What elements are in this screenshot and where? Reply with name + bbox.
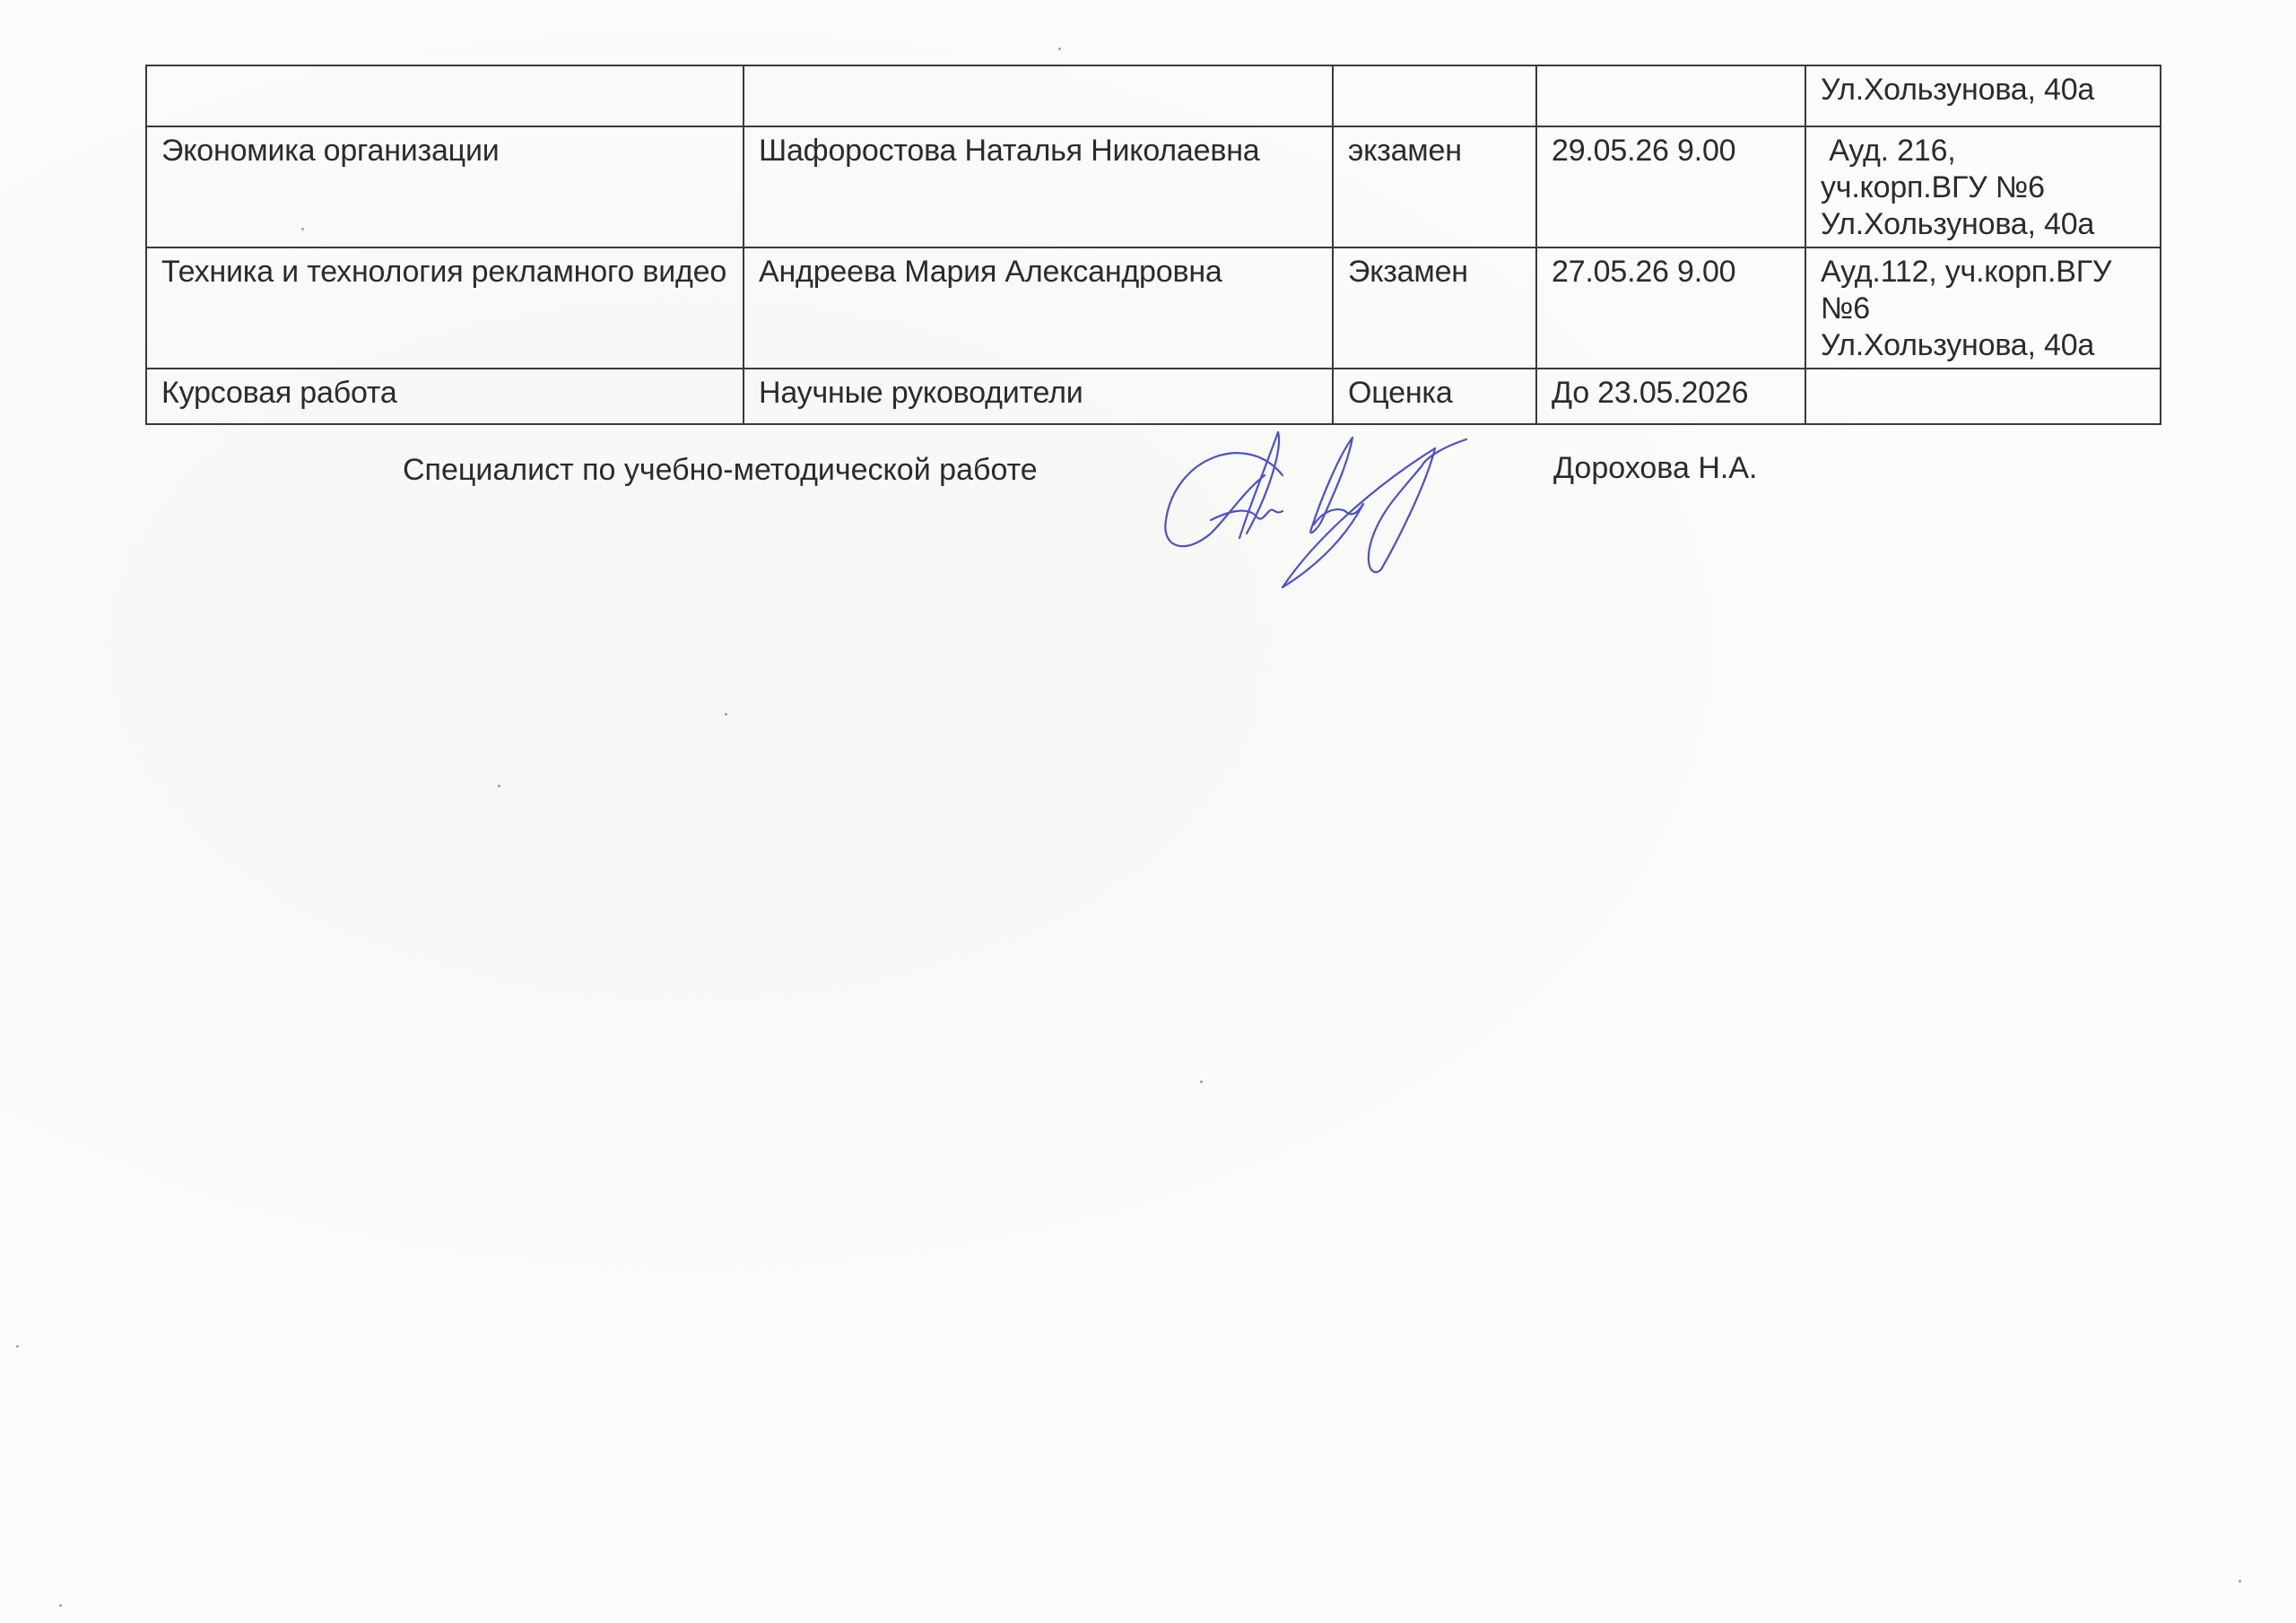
form-cell: [1333, 65, 1536, 126]
scan-speck: [59, 1604, 62, 1607]
location-cell: [1805, 369, 2161, 424]
schedule-table-body: Ул.Хользунова, 40а Экономика организации…: [146, 65, 2161, 424]
scanned-page: Ул.Хользунова, 40а Экономика организации…: [0, 0, 2296, 1623]
teacher-cell: Научные руководители: [744, 369, 1333, 424]
location-line: Ул.Хользунова, 40а: [1821, 72, 2147, 108]
subject-cell: Техника и технология рекламного видео: [146, 247, 744, 369]
datetime-cell: [1536, 65, 1805, 126]
datetime-cell: 29.05.26 9.00: [1536, 126, 1805, 247]
location-line: Ул.Хользунова, 40а: [1821, 206, 2147, 243]
scan-speck: [498, 785, 500, 787]
signatory-name: Дорохова Н.А.: [1553, 451, 1757, 486]
teacher-cell: Андреева Мария Александровна: [744, 247, 1333, 369]
location-line: Ауд. 216,: [1821, 133, 2147, 169]
teacher-cell: [744, 65, 1333, 126]
scan-speck: [1058, 48, 1061, 50]
location-line: №6: [1821, 291, 2147, 327]
datetime-cell: До 23.05.2026: [1536, 369, 1805, 424]
table-row: Техника и технология рекламного видео Ан…: [146, 247, 2161, 369]
form-cell: Оценка: [1333, 369, 1536, 424]
scan-speck: [301, 228, 304, 230]
location-line: уч.корп.ВГУ №6: [1821, 169, 2147, 206]
scan-speck: [725, 713, 727, 716]
location-line: Ауд.112, уч.корп.ВГУ: [1821, 254, 2147, 291]
table-row: Экономика организации Шафоростова Наталь…: [146, 126, 2161, 247]
scan-speck: [1200, 1081, 1203, 1083]
location-cell: Ул.Хользунова, 40а: [1805, 65, 2161, 126]
exam-schedule-table: Ул.Хользунова, 40а Экономика организации…: [145, 65, 2161, 425]
subject-cell: Курсовая работа: [146, 369, 744, 424]
subject-cell: [146, 65, 744, 126]
table-row: Ул.Хользунова, 40а: [146, 65, 2161, 126]
table-row: Курсовая работа Научные руководители Оце…: [146, 369, 2161, 424]
handwritten-signature: [1157, 421, 1471, 592]
location-cell: Ауд. 216, уч.корп.ВГУ №6 Ул.Хользунова, …: [1805, 126, 2161, 247]
scan-speck: [16, 1345, 19, 1348]
teacher-cell: Шафоростова Наталья Николаевна: [744, 126, 1333, 247]
form-cell: экзамен: [1333, 126, 1536, 247]
signatory-role: Специалист по учебно-методической работе: [403, 453, 1038, 488]
scan-speck: [2239, 1580, 2241, 1583]
location-line: Ул.Хользунова, 40а: [1821, 327, 2147, 364]
subject-cell: Экономика организации: [146, 126, 744, 247]
datetime-cell: 27.05.26 9.00: [1536, 247, 1805, 369]
location-cell: Ауд.112, уч.корп.ВГУ №6 Ул.Хользунова, 4…: [1805, 247, 2161, 369]
form-cell: Экзамен: [1333, 247, 1536, 369]
